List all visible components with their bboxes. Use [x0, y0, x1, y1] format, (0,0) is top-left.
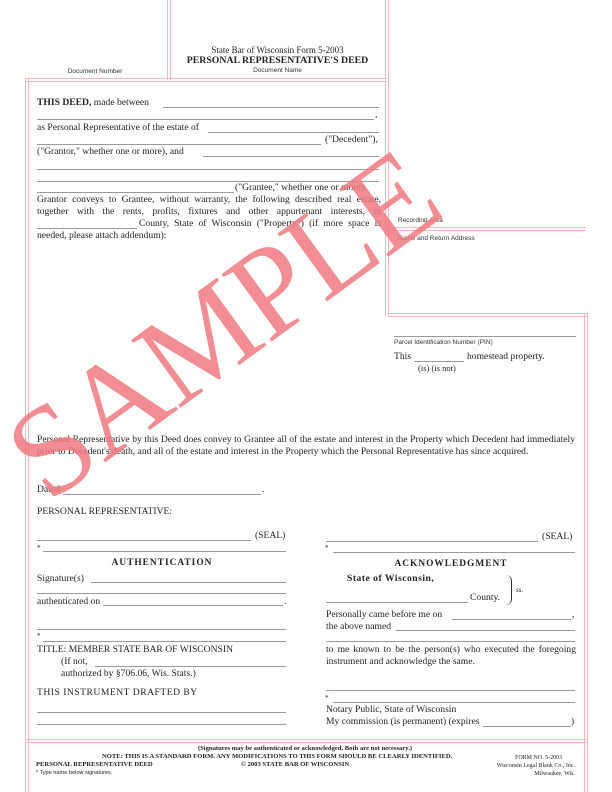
title-line: TITLE: MEMBER STATE BAR OF WISCONSIN [37, 644, 233, 656]
comma: , [375, 109, 377, 121]
period: . [262, 484, 264, 496]
grantee-label: ("Grantee," whether one or more). [235, 182, 366, 194]
signatures-field-1[interactable] [91, 582, 286, 583]
standard-note: NOTE: THIS IS A STANDARD FORM. ANY MODIF… [102, 753, 452, 761]
conveys-line-1: Grantor conveys to Grantee, without warr… [37, 194, 381, 206]
authenticated-on-field[interactable] [103, 605, 283, 606]
footer-top-border [25, 739, 588, 743]
estate-field-2[interactable] [37, 144, 321, 145]
seal-label-right: (SEAL) [542, 531, 572, 543]
notary-signature-field[interactable] [326, 690, 575, 691]
document-name-label: Document Name [170, 67, 385, 74]
rep-name-field-2[interactable] [333, 552, 575, 553]
copyright: © 2003 STATE BAR OF WISCONSIN [241, 761, 349, 769]
asterisk-auth: * [37, 630, 41, 642]
state-label: State of Wisconsin, [347, 573, 434, 585]
homestead-suffix: homestead property. [467, 351, 545, 363]
acknowledgment-title: ACKNOWLEDGMENT [326, 558, 576, 570]
return-address-field[interactable] [393, 236, 583, 308]
authenticator-signature-field[interactable] [37, 629, 286, 630]
legal-description-area[interactable] [37, 244, 382, 424]
notary-name-field[interactable] [333, 702, 575, 703]
form-no: FORM NO. 5-2003 [515, 754, 562, 762]
notary-label: Notary Public, State of Wisconsin [326, 704, 456, 716]
dated-label: Dated [37, 484, 60, 496]
deed-bold: THIS DEED, [37, 97, 91, 108]
personal-rep-label: PERSONAL REPRESENTATIVE: [37, 506, 172, 518]
if-not-label: (If not, [61, 656, 88, 668]
pin-label: Parcel Identification Number (PIN) [394, 339, 493, 346]
above-named-field-2[interactable] [326, 641, 575, 642]
county-ack-label: County. [470, 592, 500, 604]
above-named-field-1[interactable] [396, 630, 575, 631]
estate-field-1[interactable] [208, 132, 379, 133]
period: . [284, 596, 286, 608]
main-right-border [584, 313, 588, 792]
above-named-label: the above named [326, 621, 391, 633]
ss-label: ss. [516, 584, 523, 596]
authentication-title: AUTHENTICATION [37, 557, 287, 569]
county-line: County, State of Wisconsin ("Property") … [139, 218, 381, 230]
authenticator-name-field[interactable] [43, 641, 286, 642]
county-ack-field[interactable] [326, 602, 468, 603]
signatures-label: Signature(s) [37, 573, 84, 585]
deed-intro: THIS DEED, made between [37, 97, 149, 109]
homestead-options: (is) (is not) [418, 362, 456, 374]
convey-paragraph: Personal Representative by this Deed doe… [37, 434, 575, 458]
grantor-label: ("Grantor," whether one or more), and [37, 146, 184, 158]
drafted-by-field-1[interactable] [37, 712, 286, 713]
grantor-field-1[interactable] [163, 107, 379, 108]
signatures-field-2[interactable] [37, 593, 286, 594]
comma: , [572, 609, 574, 621]
dated-field[interactable] [63, 494, 261, 495]
commission-label: My commission (is permanent) (expires [326, 716, 479, 728]
commission-close: ) [571, 716, 574, 728]
rep-name-field[interactable] [43, 551, 286, 552]
came-before-label: Personally came before me on [326, 609, 442, 621]
signatures-note: (Signatures may be authenticated or ackn… [25, 745, 585, 753]
footer-form-title: PERSONAL REPRESENTATIVE DEED [36, 761, 153, 769]
commission-field[interactable] [483, 726, 571, 727]
drafted-by-field-2[interactable] [37, 724, 286, 725]
decedent-label: ("Decedent"), [325, 134, 378, 146]
if-not-field[interactable] [95, 666, 286, 667]
right-panel-divider [385, 0, 389, 316]
asterisk-left: * [37, 542, 41, 554]
came-before-field[interactable] [452, 619, 571, 620]
seal-label-left: (SEAL) [255, 530, 285, 542]
as-personal-rep: as Personal Representative of the estate… [37, 122, 199, 134]
drafted-by-label: THIS INSTRUMENT DRAFTED BY [37, 687, 198, 699]
brace-icon [505, 575, 512, 605]
right-panel-bottom [388, 313, 588, 317]
authorized-label: authorized by §706.06, Wis. Stats.) [61, 668, 196, 680]
publisher: Wisconsin Legal Blank Co., Inc. [480, 762, 575, 770]
grantee-field-4[interactable] [37, 192, 234, 193]
authenticated-on-label: authenticated on [37, 596, 100, 608]
recording-divider [386, 227, 586, 231]
rep-signature-field-2[interactable] [326, 541, 538, 542]
type-name-note: * Type name below signatures. [36, 769, 112, 777]
recording-area-label: Recording Area [398, 217, 443, 224]
county-field[interactable] [37, 228, 137, 229]
page-title: PERSONAL REPRESENTATIVE'S DEED [170, 55, 385, 67]
conveys-line-2: together with the rents, profits, fixtur… [37, 206, 381, 218]
grantee-field-2[interactable] [37, 169, 379, 170]
grantee-field-1[interactable] [203, 156, 379, 157]
document-number-label: Document Number [25, 68, 165, 75]
main-top-border [25, 78, 387, 82]
addendum-line: needed, please attach addendum): [37, 230, 166, 242]
main-left-border [25, 78, 29, 792]
rep-signature-field[interactable] [37, 540, 251, 541]
pin-field[interactable] [394, 336, 576, 337]
asterisk-notary: * [325, 692, 329, 704]
known-text: to me known to be the person(s) who exec… [326, 644, 576, 668]
publisher-city: Milwaukee, Wis. [480, 770, 575, 778]
deed-made-between: made between [94, 97, 149, 108]
homestead-prefix: This [394, 351, 411, 363]
grantor-field-2[interactable] [37, 119, 374, 120]
asterisk-right: * [325, 542, 329, 554]
